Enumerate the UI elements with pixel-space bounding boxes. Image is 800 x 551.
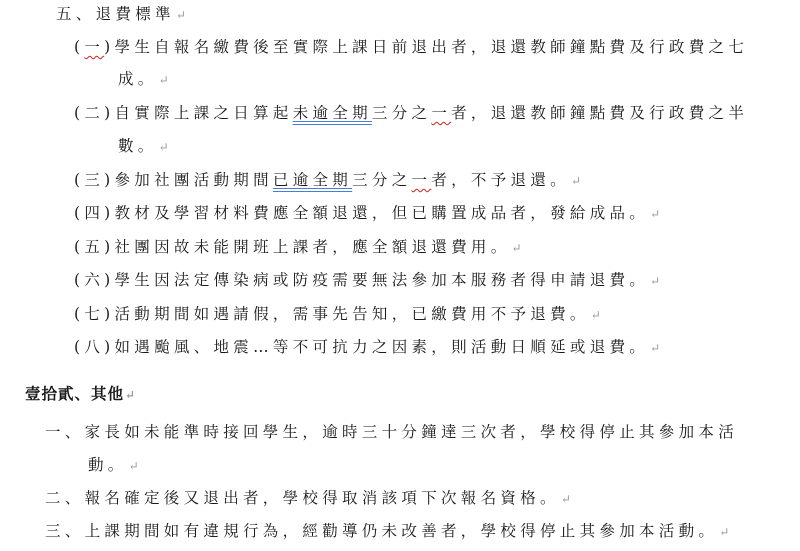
refund-item-1-cont: 成。↵	[118, 69, 169, 90]
section12-heading: 壹拾貳、其他↵	[25, 384, 135, 405]
item-label: 三、	[45, 522, 85, 540]
item-text: 學生自報名繳費後至實際上課日前退出者，退還教師鐘點費及行政費之七	[115, 38, 749, 56]
item-label: (一)	[74, 38, 115, 56]
item-label: (二)	[74, 104, 115, 122]
paragraph-mark-icon: ↵	[591, 308, 601, 322]
item-label: (八)	[74, 338, 115, 356]
paragraph-mark-icon: ↵	[129, 459, 139, 473]
section5-heading: 五、退費標準↵	[56, 4, 186, 25]
item-label: (四)	[74, 204, 115, 222]
grammar-underline: 已逾全期	[273, 171, 352, 189]
refund-item-7: (七)活動期間如遇請假，需事先告知，已繳費用不予退費。↵	[74, 304, 601, 325]
paragraph-mark-icon: ↵	[650, 207, 660, 221]
item-text: 成。	[118, 70, 158, 88]
item-text: 家長如未能準時接回學生，逾時三十分鐘達三次者，學校得停止其參加本活	[85, 423, 738, 441]
item-label: (五)	[74, 238, 115, 256]
heading-text: 五、退費標準	[56, 5, 175, 23]
item-label: 二、	[45, 489, 85, 507]
refund-item-3: (三)參加社團活動期間已逾全期三分之一者，不予退還。↵	[74, 170, 581, 191]
refund-item-2: (二)自實際上課之日算起未逾全期三分之一者，退還教師鐘點費及行政費之半	[74, 103, 748, 123]
paragraph-mark-icon: ↵	[512, 241, 522, 255]
item-label: (六)	[74, 271, 115, 289]
paragraph-mark-icon: ↵	[176, 8, 186, 22]
item-text: 活動期間如遇請假，需事先告知，已繳費用不予退費。	[115, 305, 590, 323]
item-text: 上課期間如有違規行為，經勸導仍未改善者，學校得停止其參加本活動。	[85, 522, 719, 540]
item-label: 一、	[45, 423, 85, 441]
heading-text: 壹拾貳、其他	[25, 384, 124, 403]
other-item-1-cont: 動。↵	[88, 455, 139, 476]
paragraph-mark-icon: ↵	[561, 492, 571, 506]
refund-item-2-cont: 數。↵	[118, 136, 169, 157]
paragraph-mark-icon: ↵	[719, 525, 729, 539]
paragraph-mark-icon: ↵	[159, 140, 169, 154]
refund-item-8: (八)如遇颱風、地震…等不可抗力之因素，則活動日順延或退費。↵	[74, 337, 660, 358]
other-item-3: 三、上課期間如有違規行為，經勸導仍未改善者，學校得停止其參加本活動。↵	[45, 521, 729, 542]
grammar-underline: 未逾全期	[293, 104, 372, 122]
paragraph-mark-icon: ↵	[571, 174, 581, 188]
item-text: 教材及學習材料費應全額退還，但已購置成品者，發給成品。	[115, 204, 650, 222]
item-label: (七)	[74, 305, 115, 323]
paragraph-mark-icon: ↵	[125, 388, 135, 402]
other-item-1: 一、家長如未能準時接回學生，逾時三十分鐘達三次者，學校得停止其參加本活	[45, 422, 738, 442]
item-text: 學生因法定傳染病或防疫需要無法參加本服務者得申請退費。	[115, 271, 650, 289]
refund-item-5: (五)社團因故未能開班上課者，應全額退還費用。↵	[74, 237, 522, 258]
item-text: 動。	[88, 456, 128, 474]
spell-error-mark: 一	[431, 104, 451, 122]
spell-error-mark: 一	[84, 38, 104, 56]
item-text: 如遇颱風、地震…等不可抗力之因素，則活動日順延或退費。	[115, 338, 650, 356]
refund-item-6: (六)學生因法定傳染病或防疫需要無法參加本服務者得申請退費。↵	[74, 270, 660, 291]
item-label: (三)	[74, 171, 115, 189]
item-text: 報名確定後又退出者，學校得取消該項下次報名資格。	[85, 489, 560, 507]
paragraph-mark-icon: ↵	[159, 73, 169, 87]
refund-item-4: (四)教材及學習材料費應全額退還，但已購置成品者，發給成品。↵	[74, 203, 660, 224]
item-text: 數。	[118, 137, 158, 155]
spell-error-mark: 一	[412, 171, 432, 189]
other-item-2: 二、報名確定後又退出者，學校得取消該項下次報名資格。↵	[45, 488, 571, 509]
item-text: 社團因故未能開班上課者，應全額退還費用。	[115, 238, 511, 256]
paragraph-mark-icon: ↵	[650, 274, 660, 288]
refund-item-1: (一)學生自報名繳費後至實際上課日前退出者，退還教師鐘點費及行政費之七	[74, 37, 748, 57]
paragraph-mark-icon: ↵	[650, 341, 660, 355]
